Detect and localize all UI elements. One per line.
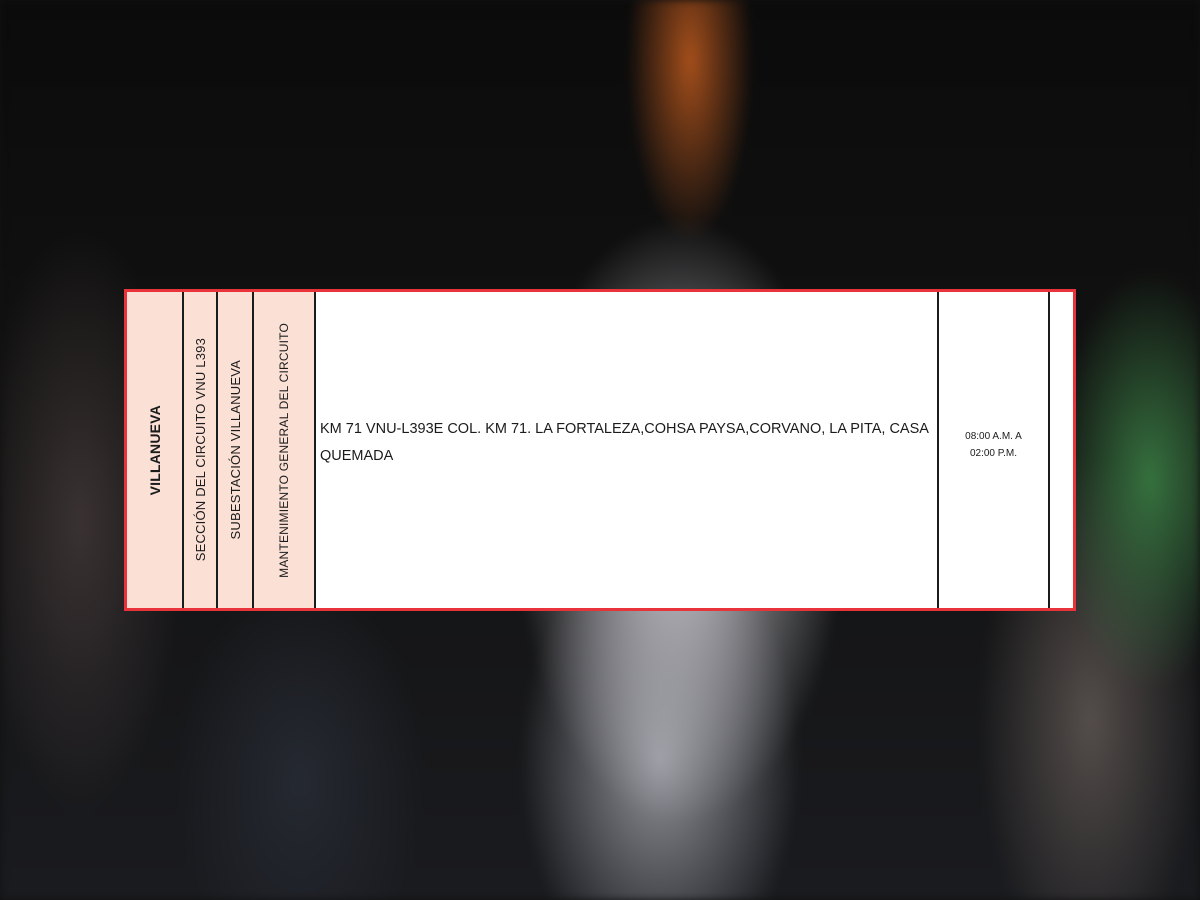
schedule-block: 08:00 A.M. A 02:00 P.M. — [965, 428, 1022, 462]
substation-label: SUBESTACIÓN VILLANUEVA — [228, 360, 243, 539]
region-label: VILLANUEVA — [147, 405, 163, 495]
schedule-start: 08:00 A.M. A — [965, 428, 1022, 445]
empty-trailing-cell — [1050, 292, 1073, 608]
schedule-end: 02:00 P.M. — [965, 445, 1022, 462]
outage-schedule-table: VILLANUEVA SECCIÓN DEL CIRCUITO VNU L393… — [124, 289, 1076, 611]
region-cell: VILLANUEVA — [127, 292, 184, 608]
work-type-cell: MANTENIMIENTO GENERAL DEL CIRCUITO — [254, 292, 316, 608]
circuit-section-label: SECCIÓN DEL CIRCUITO VNU L393 — [193, 338, 208, 561]
affected-sectors-cell: KM 71 VNU-L393E COL. KM 71. LA FORTALEZA… — [316, 292, 939, 608]
schedule-cell: 08:00 A.M. A 02:00 P.M. — [939, 292, 1050, 608]
work-type-label: MANTENIMIENTO GENERAL DEL CIRCUITO — [277, 323, 291, 578]
affected-sectors-text: KM 71 VNU-L393E COL. KM 71. LA FORTALEZA… — [316, 416, 937, 470]
substation-cell: SUBESTACIÓN VILLANUEVA — [218, 292, 254, 608]
circuit-section-cell: SECCIÓN DEL CIRCUITO VNU L393 — [184, 292, 218, 608]
